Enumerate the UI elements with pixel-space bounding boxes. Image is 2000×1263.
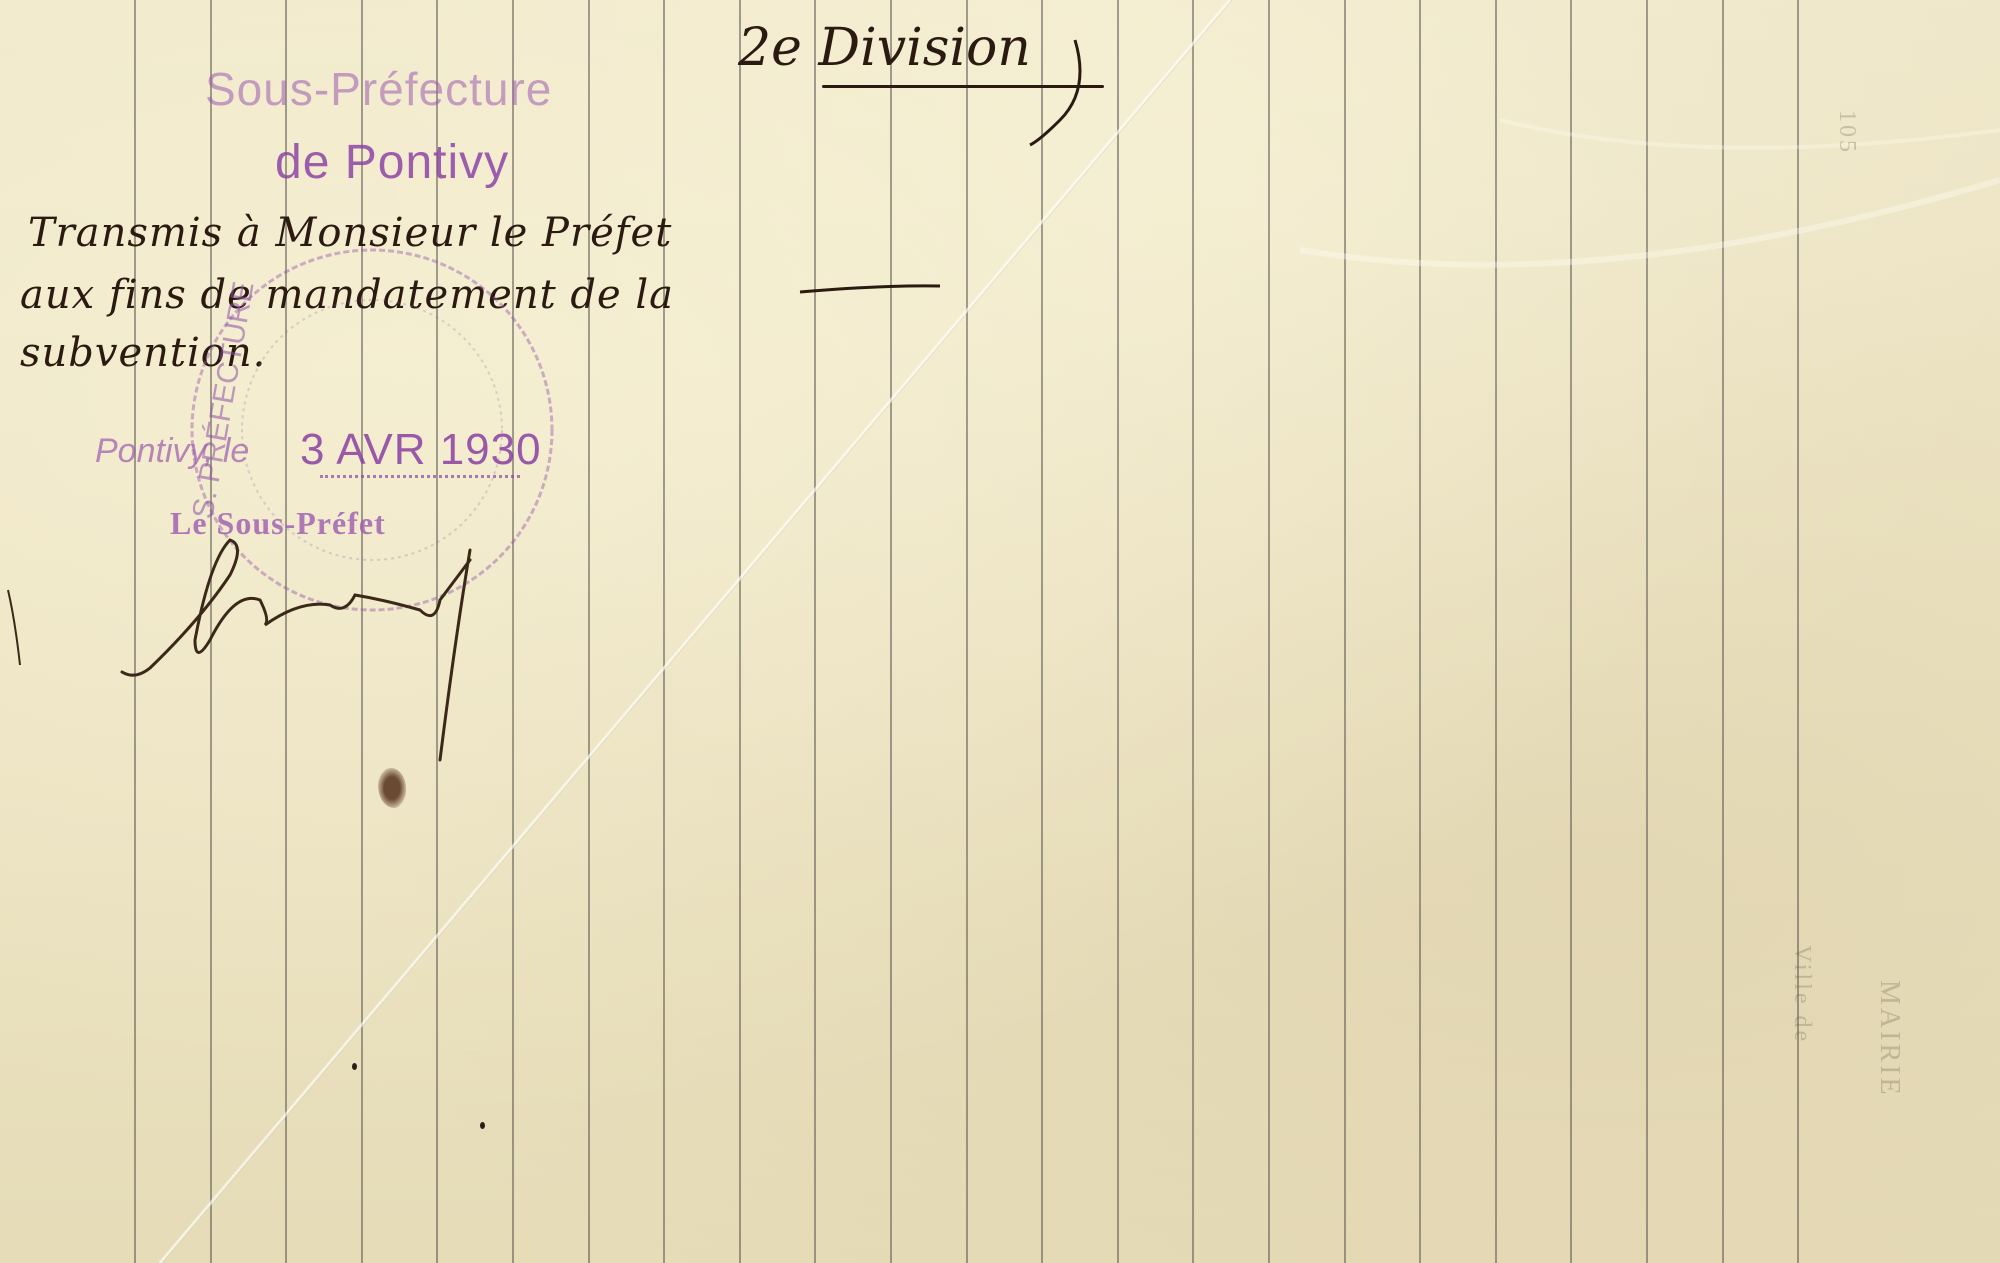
ghost-mark-top: 105: [1833, 110, 1860, 155]
signature: [0, 0, 2000, 1263]
paper-speck: [352, 1063, 357, 1070]
ghost-mark-mairie: MAIRIE: [1873, 980, 1905, 1098]
paper-speck: [480, 1122, 485, 1129]
ghost-mark-ville: Ville de: [1788, 945, 1815, 1044]
